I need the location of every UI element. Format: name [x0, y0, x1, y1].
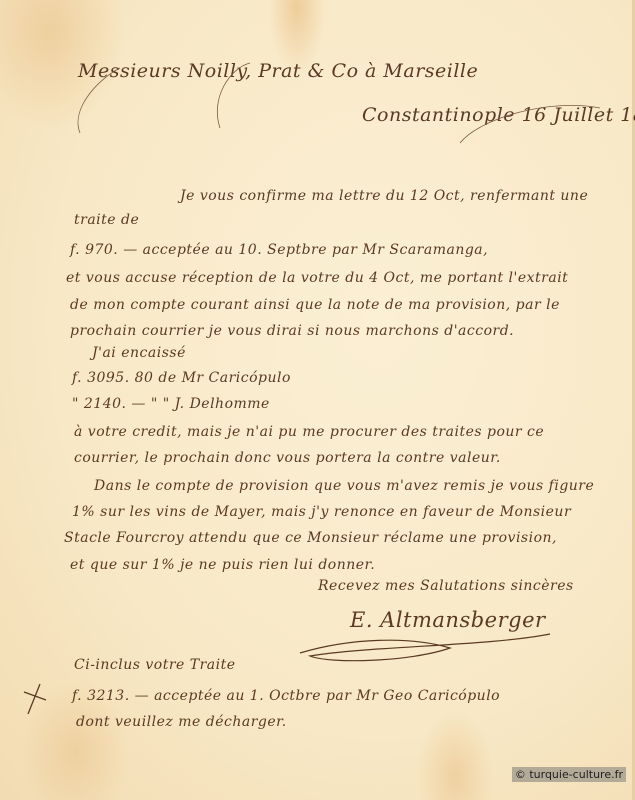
body-line-2: traite de	[74, 212, 139, 228]
addressee-line: Messieurs Noilly, Prat & Co à Marseille	[78, 60, 478, 82]
body-line-12: Dans le compte de provision que vous m'a…	[94, 478, 594, 494]
body-line-3: f. 970. — acceptée au 10. Septbre par Mr…	[70, 242, 488, 258]
body-line-4: et vous accuse réception de la votre du …	[66, 270, 568, 286]
body-line-5: de mon compte courant ainsi que la note …	[70, 297, 560, 313]
copyright-watermark: © turquie-culture.fr	[512, 767, 626, 782]
letter-page: Messieurs Noilly, Prat & Co à Marseille …	[0, 0, 635, 800]
closing-line: Recevez mes Salutations sincères	[318, 578, 574, 594]
body-line-11: courrier, le prochain donc vous portera …	[74, 450, 501, 466]
place-date-line: Constantinople 16 Juillet 1855	[362, 104, 635, 126]
postscript-line-2: f. 3213. — acceptée au 1. Octbre par Mr …	[72, 688, 500, 704]
body-line-7: J'ai encaissé	[92, 345, 186, 361]
signature: E. Altmansberger	[350, 608, 546, 632]
body-line-15: et que sur 1% je ne puis rien lui donner…	[70, 557, 375, 573]
margin-cross-mark	[22, 680, 48, 718]
body-line-6: prochain courrier je vous dirai si nous …	[70, 323, 514, 339]
body-line-1: Je vous confirme ma lettre du 12 Oct, re…	[180, 188, 588, 204]
body-line-10: à votre credit, mais je n'ai pu me procu…	[74, 424, 544, 440]
body-line-14: Stacle Fourcroy attendu que ce Monsieur …	[64, 530, 557, 546]
postscript-line-3: dont veuillez me décharger.	[76, 714, 287, 730]
postscript-line-1: Ci-inclus votre Traite	[74, 657, 236, 673]
body-line-8: f. 3095. 80 de Mr Caricópulo	[72, 370, 291, 386]
body-line-9: " 2140. — " " J. Delhomme	[72, 396, 270, 412]
signature-flourish	[290, 628, 560, 668]
body-line-13: 1% sur les vins de Mayer, mais j'y renon…	[72, 504, 571, 520]
